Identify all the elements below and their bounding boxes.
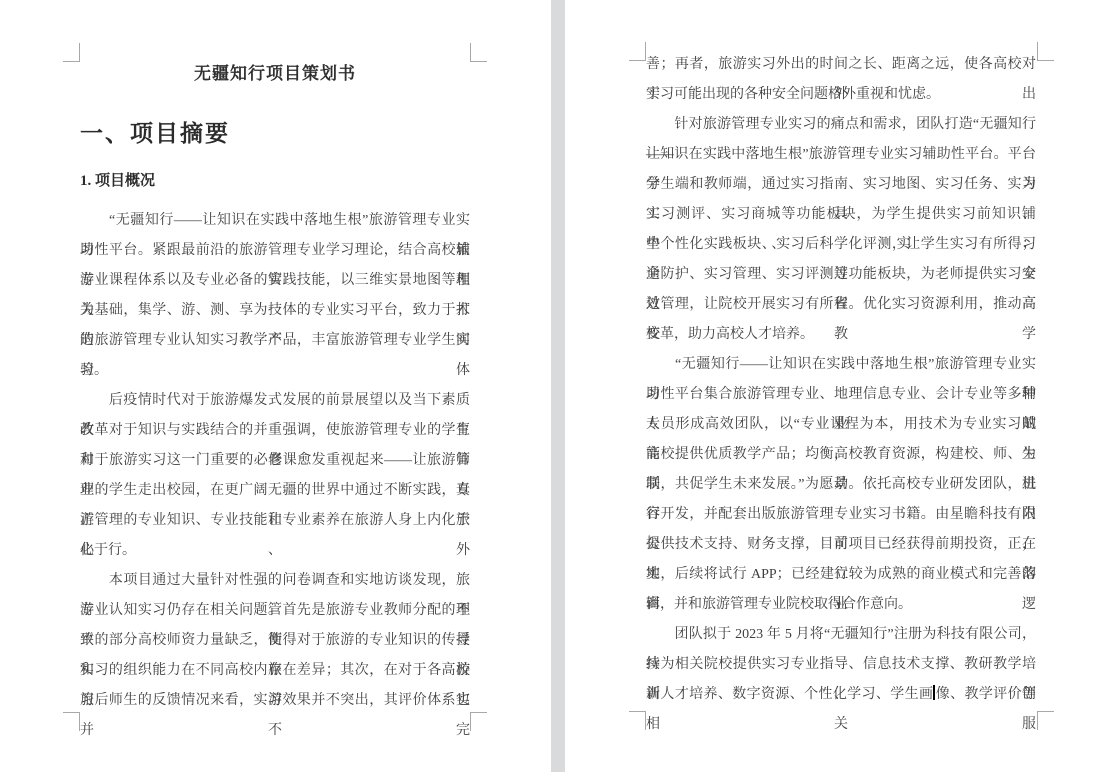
text-line[interactable]: 地，后续将试行 APP；已经建立较为成熟的商业模式和完善的商业逻	[646, 560, 1036, 590]
text-line[interactable]: 实习的组织能力在不同高校内存在差异；其次，在对于各高校旅游实	[80, 656, 470, 686]
text-line[interactable]: 新人才培养、数字资源、个性化学习、学生画像、教学评价等相关服	[646, 680, 1036, 710]
text-line[interactable]: 针对旅游管理专业实习的痛点和需求，团队打造“无疆知行——	[646, 110, 1036, 140]
text-line[interactable]: 为基础，集学、游、测、享为一体的专业实习平台，致力于打造不同	[80, 296, 470, 326]
margin-mark-bottom-right	[470, 712, 487, 731]
text-line[interactable]: 游管理的专业知识、专业技能和专业素养在旅游人身上内化于心、外	[80, 506, 470, 536]
text-line[interactable]: 制，共促学生未来发展。”为愿景。依托高校专业研发团队，进行内	[646, 470, 1036, 500]
text-line[interactable]: 高校提供优质教学产品；均衡高校教育资源，构建校、师、生联动机	[646, 440, 1036, 470]
document-title[interactable]: 无疆知行项目策划书	[80, 60, 470, 88]
text-line[interactable]: 效管理，让院校开展实习有所省。优化实习资源利用，推动高校教学	[646, 290, 1036, 320]
page-left-text[interactable]: “无疆知行——让知识在实践中落地生根”旅游管理专业实习辅助性平台。紧跟最前沿的旅…	[80, 206, 470, 716]
margin-mark-bottom-left	[629, 711, 646, 730]
text-line[interactable]: “无疆知行——让知识在实践中落地生根”旅游管理专业实习辅	[646, 350, 1036, 380]
text-line[interactable]: “无疆知行——让知识在实践中落地生根”旅游管理专业实习辅	[80, 206, 470, 236]
text-line[interactable]: 助性平台。紧跟最前沿的旅游管理专业学习理论，结合高校旅游管理	[80, 236, 470, 266]
text-line[interactable]: 对于旅游实习这一门重要的必修课愈发重视起来——让旅游管理专	[80, 446, 470, 476]
text-line[interactable]: 团队拟于 2023 年 5 月将“无疆知行”注册为科技有限公司，持	[646, 620, 1036, 650]
text-line[interactable]: 后疫情时代对于旅游爆发式发展的前景展望以及当下素质教育	[80, 386, 470, 416]
document-canvas: 无疆知行项目策划书 一、项目摘要 1. 项目概况 “无疆知行——让知识在实践中落…	[0, 0, 1114, 772]
margin-mark-top-right	[470, 43, 487, 62]
text-line[interactable]: 续为相关院校提供实习专业指导、信息技术支撑、教研教学培训、创	[646, 650, 1036, 680]
text-line[interactable]: 专业课程体系以及专业必备的实践技能，以三维实景地图等相关技术	[80, 266, 470, 296]
margin-mark-bottom-right	[1037, 711, 1054, 730]
margin-mark-bottom-left	[63, 712, 80, 731]
text-line[interactable]: 的旅游管理专业认知实习教学产品，丰富旅游管理专业学生实习体	[80, 326, 470, 356]
text-line[interactable]: 善；再者，旅游实习外出的时间之长、距离之远，使各高校对于外出	[646, 50, 1036, 80]
text-line[interactable]: 学生端和教师端，通过实习指南、实习地图、实习任务、实习工具、	[646, 170, 1036, 200]
subsection-heading[interactable]: 1. 项目概况	[80, 168, 470, 194]
text-line[interactable]: 中个性化实践板块、实习后科学化评测，让学生实习有所得；通过安	[646, 230, 1036, 260]
margin-mark-top-left	[63, 43, 80, 62]
text-before-cursor: 新人才培养、数字资源、个性化学习、学生画	[646, 687, 933, 702]
margin-mark-top-right	[1037, 42, 1054, 61]
margin-mark-top-left	[629, 42, 646, 61]
text-line[interactable]: 专业认知实习仍存在相关问题。首先是旅游专业教师分配的不平衡导	[80, 596, 470, 626]
page-gap	[551, 0, 565, 772]
text-line[interactable]: 助性平台集合旅游管理专业、地理信息专业、会计专业等多种专业的	[646, 380, 1036, 410]
page-right-text[interactable]: 善；再者，旅游实习外出的时间之长、距离之远，使各高校对于外出实习可能出现的各种安…	[646, 50, 1036, 710]
text-line[interactable]: 致的部分高校师资力量缺乏，使得对于旅游的专业知识的传授和旅游	[80, 626, 470, 656]
text-line[interactable]: 容开发，并配套出版旅游管理专业实习书籍。由星瞻科技有限公司，	[646, 500, 1036, 530]
text-line[interactable]: 习后师生的反馈情况来看，实习效果并不突出，其评价体系也并不完	[80, 686, 470, 716]
text-line[interactable]: 提供技术支持、财务支撑，目前项目已经获得前期投资，正在实行落	[646, 530, 1036, 560]
text-line[interactable]: 改革对于知识与实践结合的并重强调，使旅游管理专业的学生和老师	[80, 416, 470, 446]
text-line[interactable]: 让知识在实践中落地生根”旅游管理专业实习辅助性平台。平台分为	[646, 140, 1036, 170]
text-line[interactable]: 业的学生走出校园，在更广阔无疆的世界中通过不断实践，真正让旅	[80, 476, 470, 506]
text-line[interactable]: 本项目通过大量针对性强的问卷调查和实地访谈发现，旅游管理	[80, 566, 470, 596]
section-heading[interactable]: 一、项目摘要	[80, 116, 470, 152]
text-line[interactable]: 人员形成高效团队，以“专业课程为本，用技术为专业实习赋能，为	[646, 410, 1036, 440]
text-line[interactable]: 全防护、实习管理、实习评测等功能板块，为老师提供实习全过程高	[646, 260, 1036, 290]
text-line[interactable]: 实习测评、实习商城等功能板块，为学生提供实习前知识铺垫、实习	[646, 200, 1036, 230]
